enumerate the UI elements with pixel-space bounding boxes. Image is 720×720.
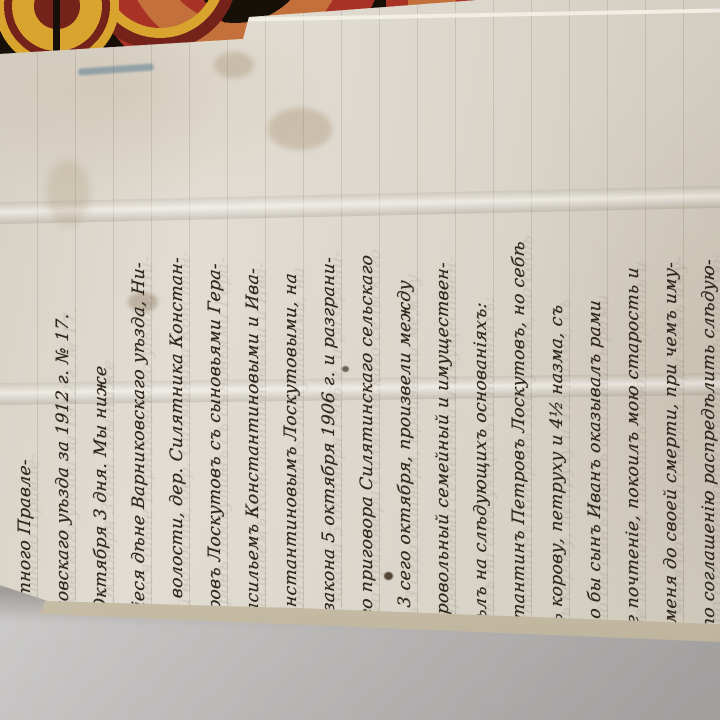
handwriting-line: собою добровольный семейный и имуществен… [424,16,462,712]
handwriting-line: щество по соглашенію распредѣлить слѣдую… [690,16,720,712]
handwriting-line: схода отъ 3 сего октября, произвели межд… [386,16,424,712]
handwriting-line: чительнаго приговора Силятинскаго сельск… [348,16,386,712]
handwriting-line: кормилъ меня до своей смерти, при чемъ и… [652,16,690,712]
handwriting-line: І. Я, Константинъ Петровъ Лоскутовъ, но … [500,16,538,712]
handwriting-line: домашнее почтеніе, покоилъ мою старость … [614,16,652,712]
photo: скаго Волостного Правле-нія, Варниковска… [0,0,720,720]
handwriting-line: ный раздѣлъ на слѣдующихъ основаніяхъ: [462,16,500,712]
handwriting-line: основаніи закона 5 октября 1906 г. и раз… [310,16,348,712]
handwriting-line: беру лишь корову, петруху и 4½ назма, съ [538,16,576,712]
handwriting-line: тѣмъ что бы сынъ Иванъ оказывалъ рами [576,16,614,712]
